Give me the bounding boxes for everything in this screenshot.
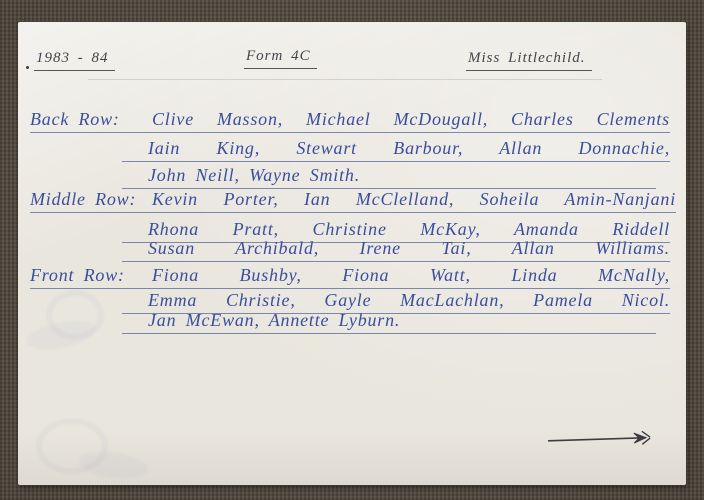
header-rule-line (88, 79, 602, 80)
showthrough-mark (77, 447, 150, 482)
year-label: 1983 - 84 (34, 50, 115, 71)
back-row-label: Back Row: (30, 106, 152, 132)
front-row-label: Front Row: (30, 262, 152, 288)
back-row-line-2: Iain King, Stewart Barbour, Allan Donnac… (122, 135, 670, 162)
photo-of-caption-card: { "card": { "header": { "leading_dot": "… (0, 0, 704, 500)
showthrough-mark (46, 290, 104, 340)
front-row-line-1: Front Row: Fiona Bushby, Fiona Watt, Lin… (30, 262, 670, 289)
middle-row-names-1: Kevin Porter, Ian McClelland, Soheila Am… (152, 186, 676, 212)
back-row-names-1: Clive Masson, Michael McDougall, Charles… (152, 106, 670, 132)
showthrough-mark (36, 418, 108, 474)
teacher-label: Miss Littlechild. (466, 50, 592, 71)
caption-card: 1983 - 84 Form 4C Miss Littlechild. Back… (18, 22, 686, 485)
form-label: Form 4C (244, 48, 317, 69)
ink-dot (26, 66, 29, 69)
middle-row-label: Middle Row: (30, 186, 152, 212)
front-row-line-3: Jan McEwan, Annette Lyburn. (122, 307, 656, 334)
middle-row-line-1: Middle Row: Kevin Porter, Ian McClelland… (30, 186, 676, 213)
right-arrow-icon (546, 423, 665, 451)
front-row-names-1: Fiona Bushby, Fiona Watt, Linda McNally, (152, 262, 670, 288)
back-row-line-3: John Neill, Wayne Smith. (122, 162, 656, 189)
right-arrow-svg (546, 423, 665, 451)
middle-row-line-3: Susan Archibald, Irene Tai, Allan Willia… (122, 235, 670, 262)
back-row-line-1: Back Row: Clive Masson, Michael McDougal… (30, 106, 670, 133)
showthrough-mark (24, 315, 98, 355)
